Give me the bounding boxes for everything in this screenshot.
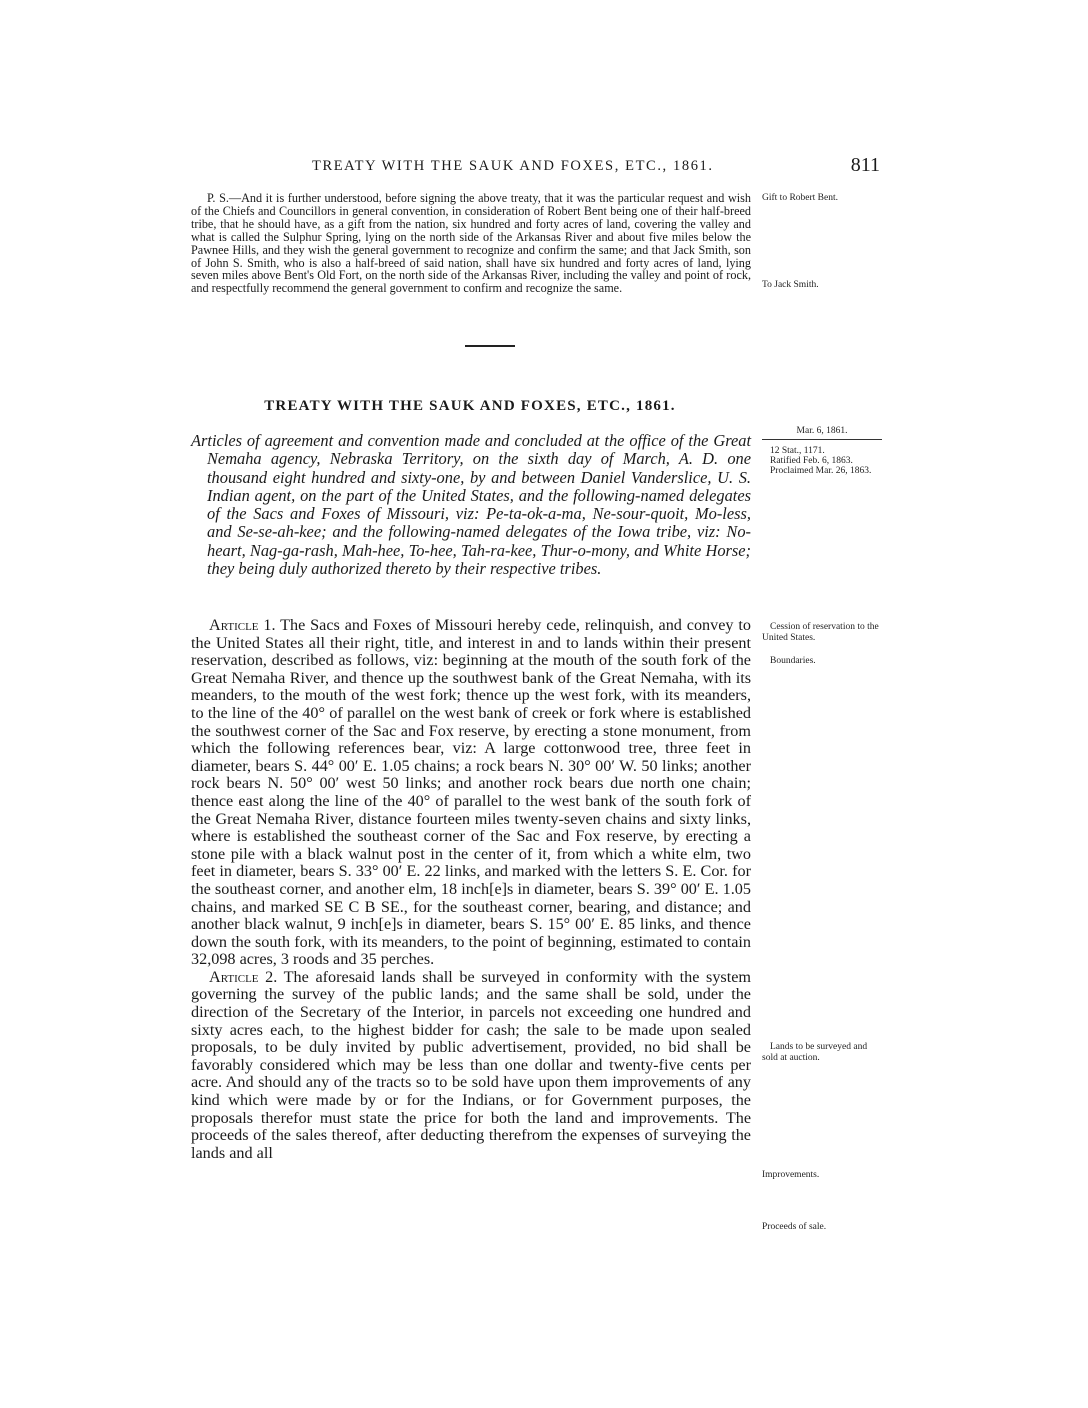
article-1-text: The Sacs and Foxes of Missouri hereby ce…	[191, 616, 751, 968]
treaty-articles: Article 1. The Sacs and Foxes of Missour…	[191, 617, 751, 1162]
article-2-text: The aforesaid lands shall be surveyed in…	[191, 968, 751, 1162]
margin-note-cession: Cession of reservation to the United Sta…	[762, 622, 882, 644]
treaty-preamble: Articles of agreement and convention mad…	[191, 432, 751, 578]
running-title: TREATY WITH THE SAUK AND FOXES, ETC., 18…	[312, 158, 714, 175]
margin-note-jack-smith: To Jack Smith.	[762, 280, 882, 291]
postscript: P. S.—And it is further understood, befo…	[191, 192, 751, 295]
section-divider	[465, 345, 515, 347]
margin-note-boundaries: Boundaries.	[762, 656, 882, 667]
margin-note-proceeds: Proceeds of sale.	[762, 1222, 882, 1233]
margin-note-date: Mar. 6, 1861.	[762, 426, 882, 440]
margin-note-proclaimed: Proclaimed Mar. 26, 1863.	[762, 466, 882, 477]
article-1-label: Article 1.	[209, 616, 276, 634]
margin-note-gift-robert-bent: Gift to Robert Bent.	[762, 193, 882, 204]
article-1: Article 1. The Sacs and Foxes of Missour…	[191, 617, 751, 969]
article-2: Article 2. The aforesaid lands shall be …	[191, 969, 751, 1163]
article-2-label: Article 2.	[209, 968, 277, 986]
margin-notes: Gift to Robert Bent. To Jack Smith. Mar.…	[762, 0, 882, 1408]
margin-note-lands-surveyed: Lands to be surveyed and sold at auction…	[762, 1042, 882, 1064]
postscript-paragraph: P. S.—And it is further understood, befo…	[191, 192, 751, 295]
preamble-paragraph: Articles of agreement and convention mad…	[191, 432, 751, 578]
document-page: TREATY WITH THE SAUK AND FOXES, ETC., 18…	[0, 0, 1088, 1408]
section-title: TREATY WITH THE SAUK AND FOXES, ETC., 18…	[190, 398, 750, 415]
margin-note-improvements: Improvements.	[762, 1170, 882, 1181]
